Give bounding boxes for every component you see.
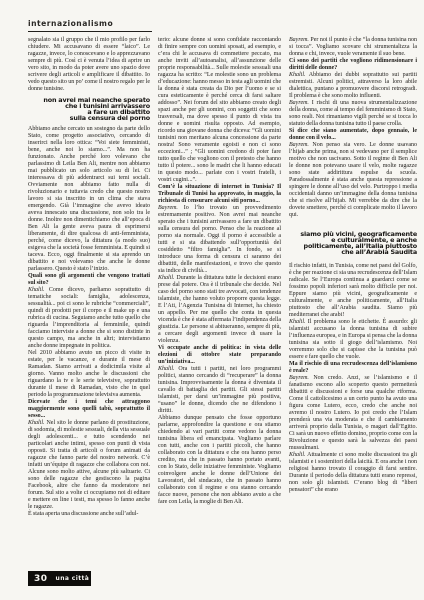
paragraph-text: Ci sono dei partiti che vogliono ridimen… xyxy=(289,58,417,71)
paragraph-text: Attualmente ci sono molte discussioni tr… xyxy=(289,452,417,493)
interview-question: Com’è la situazione di internet in Tunis… xyxy=(158,184,281,205)
paragraph-text: Durante la dittatura tutte le decisioni … xyxy=(158,275,281,344)
paragraph-text: Abbiamo dei dubbi soprattutto sui partit… xyxy=(289,72,417,99)
paragraph-text: Il problema sono le etichette. È assurdo… xyxy=(289,319,417,360)
paragraph-text: Si dice che siano aumentate, dopo gennai… xyxy=(289,128,417,141)
paragraph: Bayrem. Io l’ho trovato un provvedimento… xyxy=(158,205,281,275)
speaker-name: Khalil. xyxy=(28,420,45,426)
paragraph: segnalato sia il gruppo che il mio profi… xyxy=(28,37,150,93)
interview-question: Vi occupate anche di politica: in vista … xyxy=(158,345,281,366)
paragraph-text: Nel 2010 abbiamo avuto un picco di visit… xyxy=(28,350,150,398)
paragraph-text: Per noi il punto è che “la donna tunisin… xyxy=(289,37,417,57)
speaker-name: Khalil. xyxy=(289,319,306,325)
paragraph-text: Abbiamo dunque pensato che fosse opportu… xyxy=(158,415,281,505)
speaker-name: Khalil. xyxy=(158,275,175,281)
speaker-name: Khalil. xyxy=(28,287,45,293)
paragraph-text: Quali sono gli argomenti che vengono tra… xyxy=(28,273,150,286)
paragraph-text: Ma il rischio di una recrudescenza dell’… xyxy=(289,361,417,374)
speaker-name: Bayrem. xyxy=(289,100,309,106)
speaker-name: Bayrem. xyxy=(289,37,309,43)
paragraph: Khalil. Durante la dittatura tutte le de… xyxy=(158,275,281,345)
paragraph: Khalil. Il problema sono le etichette. È… xyxy=(289,319,417,361)
paragraph-text: Com’è la situazione di internet in Tunis… xyxy=(158,184,281,204)
paragraph: Bayrem. Non credo. Anzi, se l’islamismo … xyxy=(289,375,417,452)
paragraph-text: Ora tutti i partiti, nei loro programmi … xyxy=(158,366,281,414)
paragraph-text: Io l’ho trovato un provvedimento estrema… xyxy=(158,205,281,274)
paragraph-text: Vi occupate anche di politica: in vista … xyxy=(158,345,281,365)
paragraph-text: Non credo. Anzi, se l’islamismo e il fan… xyxy=(289,375,417,451)
speaker-name: Bayrem. xyxy=(158,205,178,211)
paragraph-text: Non penso sia vero. Le donne usavano l’h… xyxy=(289,142,417,218)
article-columns: segnalato sia il gruppo che il mio profi… xyxy=(28,37,417,518)
interview-question: Ma il rischio di una recrudescenza dell’… xyxy=(289,361,417,375)
pull-quote-line: sulla censura del porno xyxy=(28,115,150,121)
paragraph-text: Abbiamo anche cercato un sostegno da par… xyxy=(28,126,150,272)
section-label: internazionalismo xyxy=(28,19,113,28)
interview-question: Ci sono dei partiti che vogliono ridimen… xyxy=(289,58,417,72)
paragraph: Bayrem. Per noi il punto è che “la donna… xyxy=(289,37,417,58)
paragraph-text: segnalato sia il gruppo che il mio profi… xyxy=(28,37,150,92)
paragraph: È stata aperta una discussione anche sul… xyxy=(28,511,150,518)
paragraph: Khalil. Ora tutti i partiti, nei loro pr… xyxy=(158,366,281,415)
paragraph-text: terio: alcune donne si sono confidate ra… xyxy=(158,37,281,183)
page-number: 30 xyxy=(34,574,48,584)
magazine-page: internazionalismo segnalato sia il grupp… xyxy=(0,0,424,600)
paragraph-text: Nel sito le donne parlano di prostituzio… xyxy=(28,420,150,510)
text-column-2: terio: alcune donne si sono confidate ra… xyxy=(158,37,281,518)
text-column-3: Bayrem. Per noi il punto è che “la donna… xyxy=(289,37,417,518)
paragraph: terio: alcune donne si sono confidate ra… xyxy=(158,37,281,184)
section-rule xyxy=(28,31,152,33)
pull-quote: siamo più vicini, geograficamentee cultu… xyxy=(289,231,417,255)
paragraph: Khalil. Nel sito le donne parlano di pro… xyxy=(28,420,150,511)
pull-quote: non avrei mai neanche speratoche i tunis… xyxy=(28,97,150,121)
interview-question: Dicevate che i temi che attraggono maggi… xyxy=(28,399,150,420)
paragraph: Abbiamo anche cercato un sostegno da par… xyxy=(28,126,150,273)
paragraph-text: Il rischio infatti, in Tunisia, come nei… xyxy=(289,263,417,318)
paragraph: Khalil. Come dicevo, parliamo soprattutt… xyxy=(28,287,150,350)
folio-box: 30 una città xyxy=(28,571,91,586)
magazine-logo: una città xyxy=(56,575,90,582)
paragraph: Nel 2010 abbiamo avuto un picco di visit… xyxy=(28,350,150,399)
text-column-1: segnalato sia il gruppo che il mio profi… xyxy=(28,37,150,518)
paragraph-text: È stata aperta una discussione anche sul… xyxy=(28,511,138,517)
interview-question: Quali sono gli argomenti che vengono tra… xyxy=(28,273,150,287)
speaker-name: Khalil. xyxy=(289,452,306,458)
paragraph-text: Come dicevo, parliamo soprattutto di tem… xyxy=(28,287,150,349)
speaker-name: Bayrem. xyxy=(289,142,309,148)
paragraph: Bayrem. Non penso sia vero. Le donne usa… xyxy=(289,142,417,219)
paragraph: Abbiamo dunque pensato che fosse opportu… xyxy=(158,415,281,506)
paragraph: Il rischio infatti, in Tunisia, come nei… xyxy=(289,263,417,319)
paragraph-text: I rischi di una nuova strumentalizzazion… xyxy=(289,100,417,127)
speaker-name: Khalil. xyxy=(158,366,175,372)
paragraph: Khalil. Attualmente ci sono molte discus… xyxy=(289,452,417,494)
pull-quote-line: che all’Arabia Saudita xyxy=(289,249,417,255)
paragraph-text: Dicevate che i temi che attraggono maggi… xyxy=(28,399,150,419)
speaker-name: Khalil. xyxy=(289,72,306,78)
interview-question: Si dice che siano aumentate, dopo gennai… xyxy=(289,128,417,142)
paragraph: Khalil. Abbiamo dei dubbi soprattutto su… xyxy=(289,72,417,100)
paragraph: Bayrem. I rischi di una nuova strumental… xyxy=(289,100,417,128)
speaker-name: Bayrem. xyxy=(289,375,309,381)
